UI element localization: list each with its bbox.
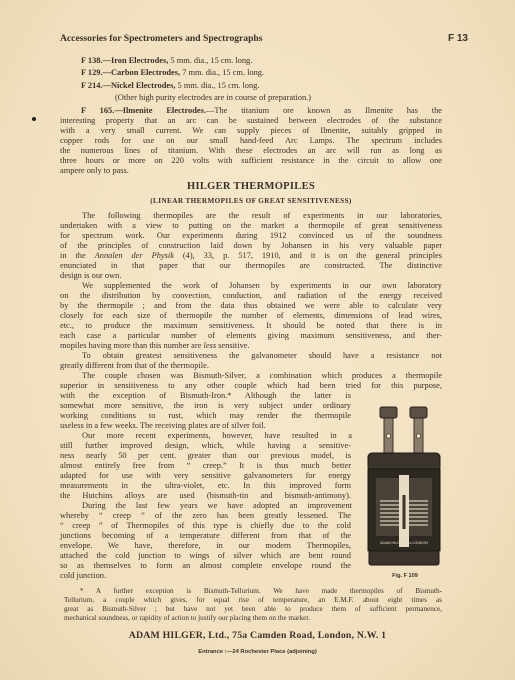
text-line: working conditions to rust, which may re… <box>60 411 351 421</box>
text-line: interesting property that an arc can be … <box>60 116 442 126</box>
electrode-item: F 214.—Nickel Electrodes, 5 mm. dia., 15… <box>81 81 463 91</box>
text-line: three hours or more on 220 volts with su… <box>60 156 442 166</box>
text-line: During the last few years we have adopte… <box>82 501 352 511</box>
page-header: Accessories for Spectrometers and Spectr… <box>60 33 468 44</box>
section-subtitle: (LINEAR THERMOPILES OF GREAT SENSITIVENE… <box>60 196 442 206</box>
text-line: The couple chosen was Bismuth-Silver, a … <box>82 371 442 381</box>
text-line: still further improved design, which, wh… <box>60 441 351 451</box>
text-line: with a very small current. We can supply… <box>60 126 442 136</box>
page-number: F 13 <box>448 33 468 44</box>
text-line: enunciated in that paper that our thermo… <box>60 261 442 271</box>
catalog-page: Accessories for Spectrometers and Spectr… <box>0 0 515 680</box>
text-line: on the distribution by convection, condu… <box>60 291 442 301</box>
text-line: so as themselves to form an almost compl… <box>60 561 351 571</box>
text-line: copper rods for use on our small hand-fe… <box>60 136 442 146</box>
text-line: the Hutchins alloys are used (bismuth-ti… <box>60 491 351 501</box>
svg-text:ADAM HILGER Lᴛᴅ LONDON: ADAM HILGER Lᴛᴅ LONDON <box>380 541 428 545</box>
text-line: envelope. We have, therefore, in our mod… <box>60 541 351 551</box>
text-line: each case a particular number of element… <box>60 331 442 341</box>
text-line: “ creep ” of Thermopiles of this type is… <box>60 521 351 531</box>
text-line: whereby “ creep ” of the zero has been g… <box>60 511 351 521</box>
text-line: adapted for use with very sensitive galv… <box>60 471 351 481</box>
section-title: HILGER THERMOPILES <box>60 182 442 192</box>
electrode-item: F 129.—Carbon Electrodes, 7 mm. dia., 15… <box>81 68 463 78</box>
text-line: greatly different from that of the therm… <box>60 361 442 371</box>
text-line: undertaken with a view to putting on the… <box>60 221 442 231</box>
text-line: in the Annalen der Physik (4), 33, p. 51… <box>60 251 442 261</box>
text-line: closely for each size of thermopile the … <box>60 311 442 321</box>
text-line: We supplemented the work of Johansen by … <box>82 281 442 291</box>
text-line: The following thermopiles are the result… <box>82 211 442 221</box>
footnote-line: mechanical soundness, or rapidity of act… <box>64 614 446 623</box>
text-line: junctions becoming of a temperature diff… <box>60 531 351 541</box>
electrodes-note: (Other high purity electrodes are in cou… <box>115 93 497 103</box>
text-line: the numerous lines of titanium. With the… <box>60 146 442 156</box>
text-line: attached the cold junction to wings of s… <box>60 551 351 561</box>
text-line: ness nearly 50 per cent. greater than ou… <box>60 451 351 461</box>
text-line: To obtain greatest sensitiveness the gal… <box>82 351 442 361</box>
text-line: somewhat more sensitive, the iron is ver… <box>60 401 351 411</box>
footnote-line: * A further exception is Bismuth-Telluri… <box>80 587 442 596</box>
thermopile-illustration-icon: ADAM HILGER Lᴛᴅ LONDON <box>366 403 444 568</box>
text-line: Our more recent experiments, however, ha… <box>82 431 352 441</box>
running-title: Accessories for Spectrometers and Spectr… <box>60 33 263 44</box>
electrode-item: F 138.—Iron Electrodes, 5 mm. dia., 15 c… <box>81 56 463 66</box>
text-line: of the principles of construction laid d… <box>60 241 442 251</box>
text-line: for spectrum work. Our experiments durin… <box>60 231 442 241</box>
text-line: ampere only to pass. <box>60 166 442 176</box>
text-line: superior in sensitiveness to any other c… <box>60 381 442 391</box>
text-line: measurements in the ultra-violet, etc. I… <box>60 481 351 491</box>
ilmenite-heading-line: F 165.—Ilmenite Electrodes.—The titanium… <box>81 106 442 116</box>
text-line: etc., to produce the maximum sensitivene… <box>60 321 442 331</box>
publisher-address: ADAM HILGER, Ltd., 75a Camden Road, Lond… <box>60 631 455 641</box>
footnote-line: great as Bismuth-Silver ; but have not y… <box>64 605 442 614</box>
figure-caption: Fig. F 109 <box>366 573 444 579</box>
margin-bullet <box>32 117 36 121</box>
text-line: by the thermopile ; and from the data th… <box>60 301 442 311</box>
text-line: almost entirely free from “ creep.” It i… <box>60 461 351 471</box>
text-line: design is our own. <box>60 271 442 281</box>
text-line: with the exception of Bismuth-Iron.* Alt… <box>60 391 351 401</box>
text-line: mopiles having more than this number are… <box>60 341 442 351</box>
entrance-note: Entrance :—24 Rochester Place (adjoining… <box>60 647 455 657</box>
journal-title: Annalen der Physik <box>95 251 174 260</box>
footnote-line: Tellurium, a couple which gives, for equ… <box>64 596 442 605</box>
